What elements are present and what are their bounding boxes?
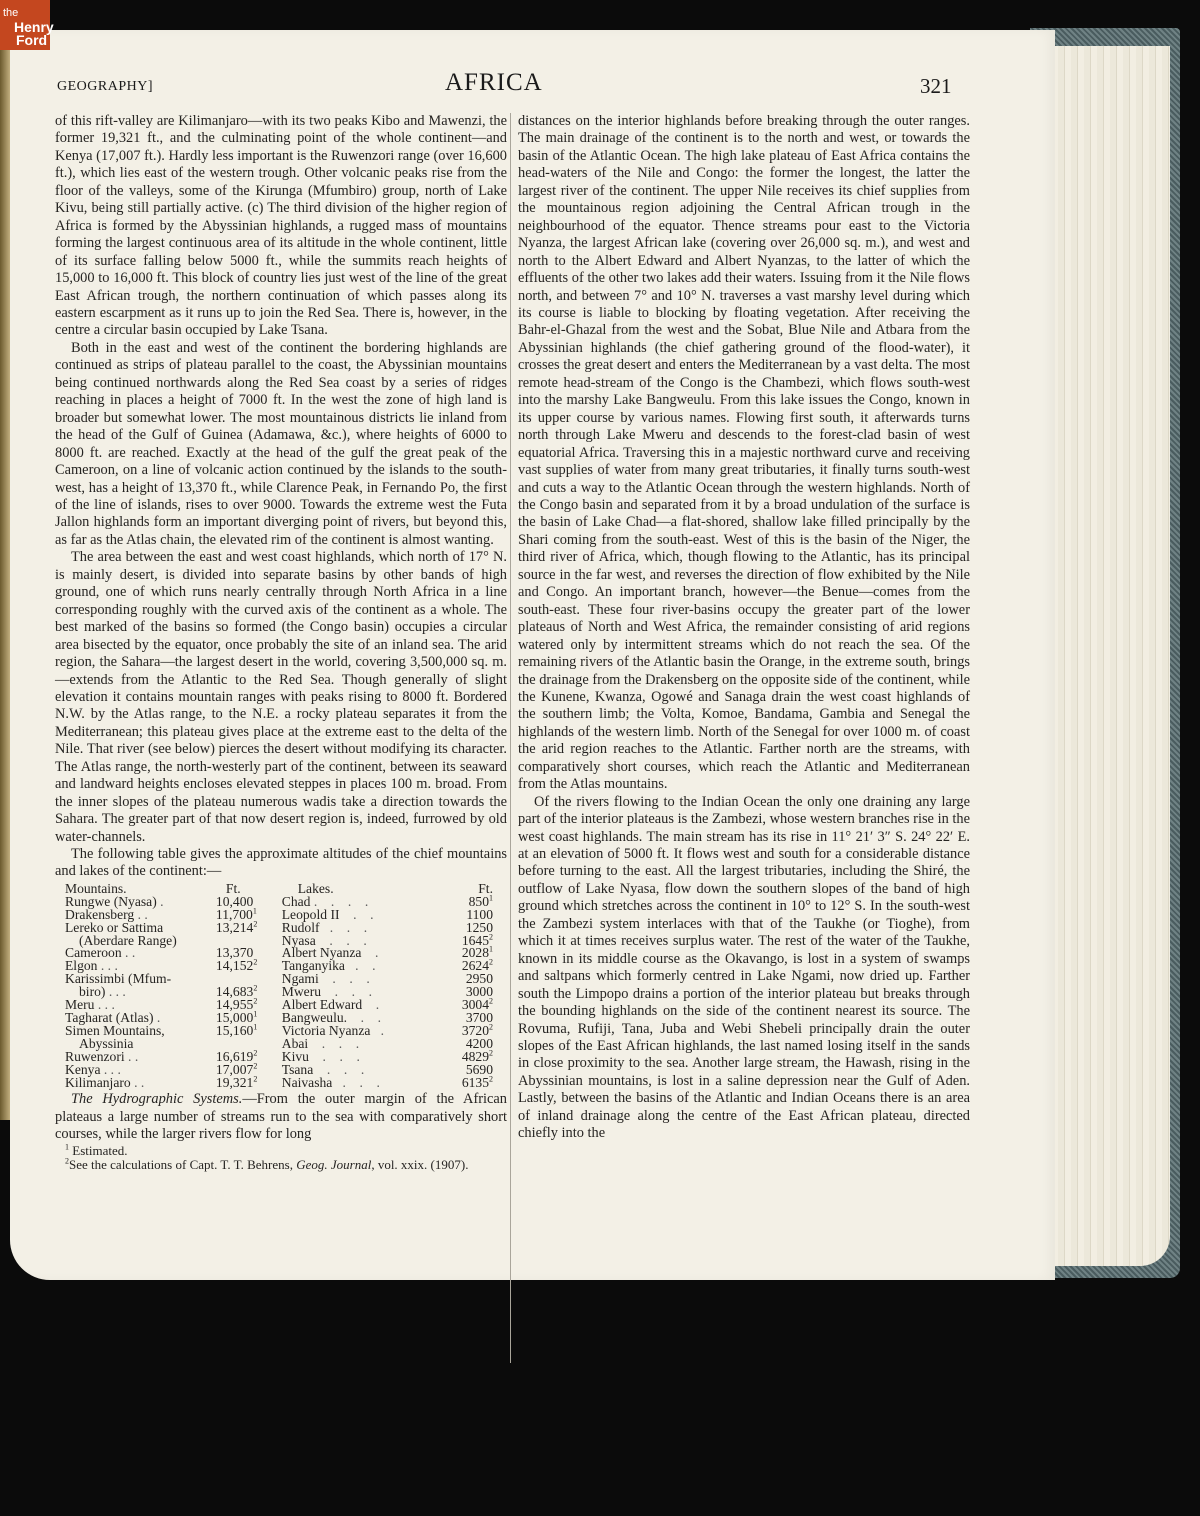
- mountain-height: 14,1522: [216, 960, 282, 973]
- lake-label: Naivasha: [282, 1075, 333, 1090]
- paragraph: Of the rivers flowing to the Indian Ocea…: [518, 794, 970, 1143]
- right-column: distances on the interior highlands befo…: [518, 113, 970, 1143]
- footnote-text: , vol. xxix. (1907).: [371, 1157, 468, 1172]
- footnote-marker: 2: [253, 1061, 257, 1070]
- page-number: 321: [920, 74, 952, 99]
- paragraph: of this rift-valley are Kilimanjaro—with…: [55, 113, 507, 340]
- footnote-marker: 2: [253, 984, 257, 993]
- logo-text-ford: Ford: [16, 33, 47, 47]
- paragraph: The Hydrographic Systems.—From the outer…: [55, 1091, 507, 1143]
- running-head: GEOGRAPHY] AFRICA 321: [57, 73, 970, 103]
- footnote-marker: 2: [489, 1022, 493, 1031]
- height-value: 13,214: [216, 920, 253, 935]
- footnote-marker: 2: [489, 1074, 493, 1083]
- height-value: 6135: [462, 1075, 489, 1090]
- paragraph: distances on the interior highlands befo…: [518, 113, 970, 794]
- page-title: AFRICA: [445, 69, 543, 97]
- footnote-marker: 2: [489, 958, 493, 967]
- altitude-table: Mountains. Ft. Lakes. Ft. Rungwe (Nyasa)…: [55, 883, 507, 1090]
- leader-dots: .: [157, 894, 164, 909]
- height-value: 19,321: [216, 1075, 253, 1090]
- footnote-marker: 1: [253, 1009, 257, 1018]
- footnote-marker: 2: [253, 1048, 257, 1057]
- paragraph: Both in the east and west of the contine…: [55, 340, 507, 549]
- footnote-marker: 1: [489, 893, 493, 902]
- leader-dots: . .: [122, 945, 136, 960]
- henry-ford-logo: the Henry Ford: [0, 0, 50, 50]
- journal-title: Geog. Journal: [296, 1157, 371, 1172]
- footnote-text: Estimated.: [69, 1143, 128, 1158]
- mountain-name: Kilimanjaro . .: [55, 1077, 216, 1090]
- footnote-marker: 2: [253, 997, 257, 1006]
- leader-dots: . .: [131, 1075, 145, 1090]
- paragraph: The area between the east and west coast…: [55, 549, 507, 846]
- footnote-marker: 2: [489, 997, 493, 1006]
- height-value: 15,160: [216, 1023, 253, 1038]
- footnote-text: See the calculations of Capt. T. T. Behr…: [69, 1157, 296, 1172]
- section-label: GEOGRAPHY]: [57, 79, 153, 95]
- footnote-marker: 2: [253, 958, 257, 967]
- logo-text-the: the: [3, 8, 18, 19]
- height-value: 14,152: [216, 958, 253, 973]
- paragraph: The following table gives the approximat…: [55, 846, 507, 881]
- leader-dots: .: [370, 1023, 384, 1038]
- footnote-marker: 2: [253, 1074, 257, 1083]
- mountain-height: 19,3212: [216, 1077, 282, 1090]
- footnote-2: 2See the calculations of Capt. T. T. Beh…: [55, 1158, 507, 1172]
- lake-name: Naivasha . . .: [282, 1077, 462, 1090]
- leader-dots: . .: [125, 1049, 139, 1064]
- leader-dots: . . .: [332, 1075, 380, 1090]
- footnote-marker: 2: [489, 932, 493, 941]
- footnote-marker: 2: [489, 1048, 493, 1057]
- left-column: of this rift-valley are Kilimanjaro—with…: [55, 113, 507, 1172]
- footnote-marker: 1: [489, 945, 493, 954]
- footnote-marker: 2: [253, 919, 257, 928]
- section-heading: The Hydrographic Systems.: [71, 1091, 242, 1107]
- mountain-label: Kilimanjaro: [65, 1075, 131, 1090]
- mountain-height: 13,2142: [216, 922, 282, 935]
- table-body: Rungwe (Nyasa) .10,400Chad . . . .8501Dr…: [55, 896, 507, 1090]
- page-edges: [1045, 46, 1170, 1266]
- column-divider: [510, 113, 511, 1363]
- mountain-height: 15,1601: [216, 1025, 282, 1038]
- table-row: Kilimanjaro . .19,3212Naivasha . . .6135…: [55, 1077, 507, 1090]
- footnotes: 1 Estimated. 2See the calculations of Ca…: [55, 1144, 507, 1172]
- lake-height: 61352: [462, 1077, 507, 1090]
- footnote-marker: 1: [253, 1022, 257, 1031]
- footnote-1: 1 Estimated.: [55, 1144, 507, 1158]
- footnote-marker: 1: [253, 906, 257, 915]
